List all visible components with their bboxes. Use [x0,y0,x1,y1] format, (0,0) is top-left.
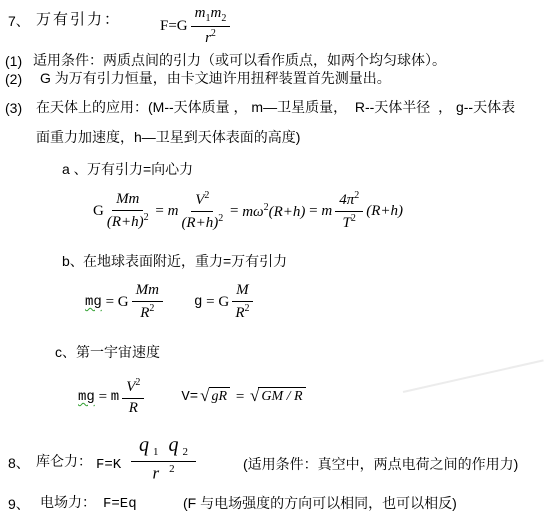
fraction-numerator: V2 [191,190,213,211]
var-m: m [111,389,119,405]
equals-sign: = [202,294,218,311]
point3-line1: 在天体上的应用：(M--天体质量 ， m—卫星质量， R--天体半径 ， g--… [36,99,515,117]
radical-sign: √ [250,387,259,404]
item9-note: (F 与电场强度的方向可以相同，也可以相反) [183,495,457,513]
sup-2: 2 [245,303,250,314]
var-Mm: Mm [116,191,139,207]
omega-term: mω2(R+h) [242,202,305,221]
var-m1: m [195,5,206,21]
fraction-denominator: r2 [205,27,216,47]
fraction: V2 R [122,377,144,417]
item8-title: 库仑力： [36,453,92,471]
sup-2: 2 [149,303,154,314]
point2-text: G 为万有引力恒量，由卡文迪许用扭秤装置首先测量出。 [40,70,391,88]
var-Mm: Mm [136,282,159,298]
var-V: V [126,379,135,395]
fraction-numerator: M [232,282,253,301]
fraction: M R2 [232,282,253,322]
radical-sign: √ [200,387,209,404]
sub-c-label: c、 [55,344,76,362]
coulomb-prefix: F=K [96,457,121,475]
fraction: m1m2 r2 [191,5,231,47]
fraction-denominator: R2 [140,302,154,322]
var-R: R [129,400,138,416]
point1-text: 适用条件：两质点间的引力（或可以看作质点，如两个均匀球体）。 [33,52,446,70]
radicand-GM-R: GM / R [258,387,305,406]
point1-label: (1) [5,53,22,71]
point2-label: (2) [5,71,22,89]
var-Rh: (R+h) [269,204,306,220]
electric-force-formula: F=Eq [103,496,137,514]
fraction-numerator: V2 [122,377,144,398]
item9-title: 电场力： [40,494,96,512]
equals-sign: = [152,203,168,220]
item8-number: 8、 [8,455,30,473]
item9-number: 9、 [8,496,30,514]
point3-line2: 面重力加速度，h—卫星到天体表面的高度) [36,129,300,147]
fraction-denominator: T2 [343,212,356,232]
sup-2: 2 [204,190,209,201]
var-Rh: (R+h) [181,215,218,231]
surface-gravity-formulas: mg = G Mm R2 g = G M R2 [85,283,256,321]
fraction: 4π2 T2 [335,190,363,232]
var-R: R [140,305,149,321]
item7-formula: F=G m1m2 r2 [160,4,233,48]
sub-b-title: 在地球表面附近，重力=万有引力 [83,253,287,271]
var-T: T [343,215,351,231]
fraction-numerator: q1q2 [131,434,196,462]
sup-2: 2 [144,212,149,223]
item7-number: 7、 [8,13,30,31]
sub-2: 2 [221,13,226,24]
sup-2: 2 [169,463,175,475]
var-4pi: 4π [339,192,354,208]
var-g: g [194,294,202,310]
fraction: Mm (R+h)2 [107,191,149,231]
fraction-denominator: (R+h)2 [181,212,223,232]
sub-a-title: 万有引力=向心力 [87,161,193,179]
sub-b-label: b、 [62,253,84,271]
const-G: G [218,294,229,311]
var-q2: q [169,434,179,456]
equals-sign: = [232,389,248,406]
sup-2: 2 [351,213,356,224]
fraction: V2 (R+h)2 [181,190,223,232]
item7-title: 万有引力： [36,11,121,30]
fraction-numerator: Mm [112,191,143,210]
var-R: R [235,305,244,321]
fraction: Mm R2 [132,282,163,322]
var-m: m [321,203,332,220]
const-G: G [118,294,129,311]
point3-label: (3) [5,100,22,118]
equals-sign: = [305,203,321,220]
coulomb-fraction: q1q2 r2 [131,434,196,484]
fraction-numerator: 4π2 [335,190,363,211]
var-m: m [168,203,179,220]
sub-2: 2 [183,446,189,458]
var-V-equals: V= [181,389,198,405]
var-m-omega: mω [242,204,263,220]
equals-sign: = [95,389,111,406]
scan-artifact-line [403,359,544,393]
equals-sign: = [226,203,242,220]
fraction-numerator: m1m2 [191,5,231,27]
sub-c-title: 第一宇宙速度 [76,344,160,362]
formula-prefix: F=G [160,18,188,35]
fraction-denominator: (R+h)2 [107,211,149,231]
sup-2: 2 [218,213,223,224]
var-M: M [236,282,249,298]
fraction-denominator: R2 [235,302,249,322]
var-Rh: (R+h) [107,214,144,230]
document-page: 7、 万有引力： F=G m1m2 r2 (1) 适用条件：两质点间的引力（或可… [0,0,548,522]
fraction-numerator: Mm [132,282,163,301]
sup-2: 2 [211,28,216,39]
var-mg: mg [78,389,95,405]
sup-2: 2 [354,190,359,201]
var-Rh: (R+h) [366,203,403,220]
square-root: √GM / R [250,387,306,406]
square-root: √gR [200,387,230,406]
var-m2: m [210,5,221,21]
sub-1: 1 [153,446,159,458]
const-G: G [93,203,104,220]
sub-a-label: a 、 [62,161,88,179]
var-r: r [152,463,159,482]
var-q1: q [139,434,149,456]
var-mg: mg [85,294,102,310]
gravity-centripetal-formula: G Mm (R+h)2 = m V2 (R+h)2 = mω2(R+h) = m… [93,188,403,234]
fraction-denominator: R [129,399,138,417]
radicand-gR: gR [209,387,231,406]
equals-sign: = [102,294,118,311]
first-cosmic-velocity-formulas: mg = m V2 R V= √gR = √GM / R [78,376,308,418]
fraction-denominator: r2 [152,462,174,484]
item8-note: (适用条件：真空中，两点电荷之间的作用力) [243,456,518,474]
sup-2: 2 [135,377,140,388]
